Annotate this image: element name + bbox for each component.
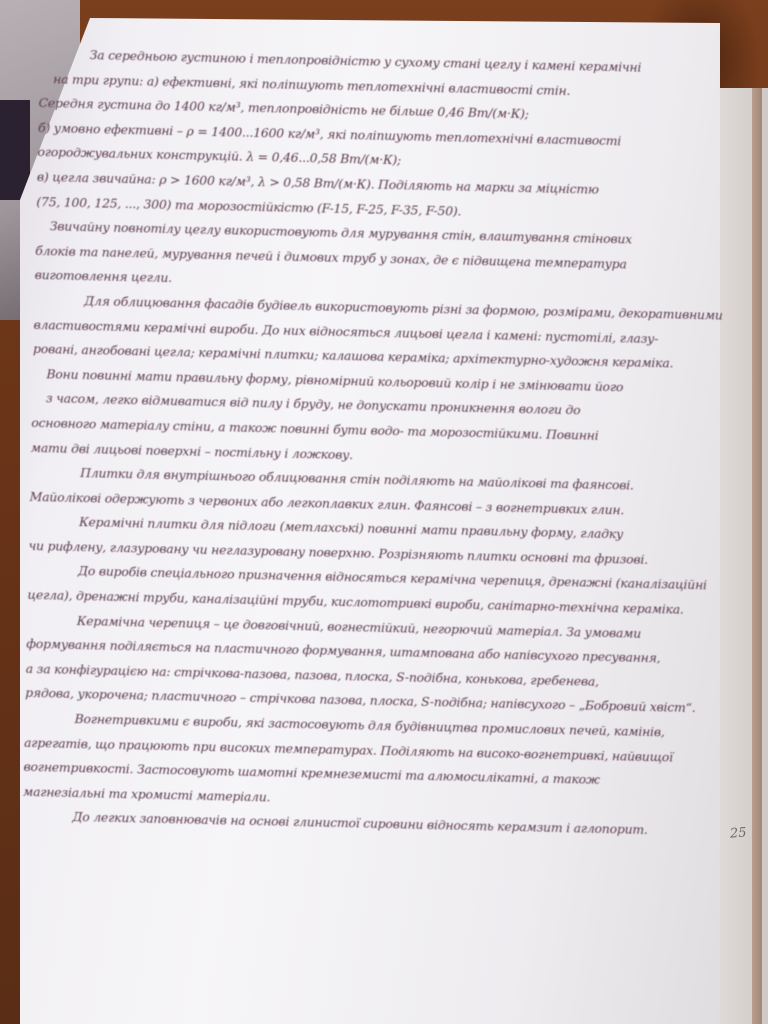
shadow-area [0,100,30,200]
page-number: 25 [729,825,747,841]
handwritten-text: За середньою густиною і теплопровідністю… [22,42,730,844]
page-edge [752,88,762,1024]
